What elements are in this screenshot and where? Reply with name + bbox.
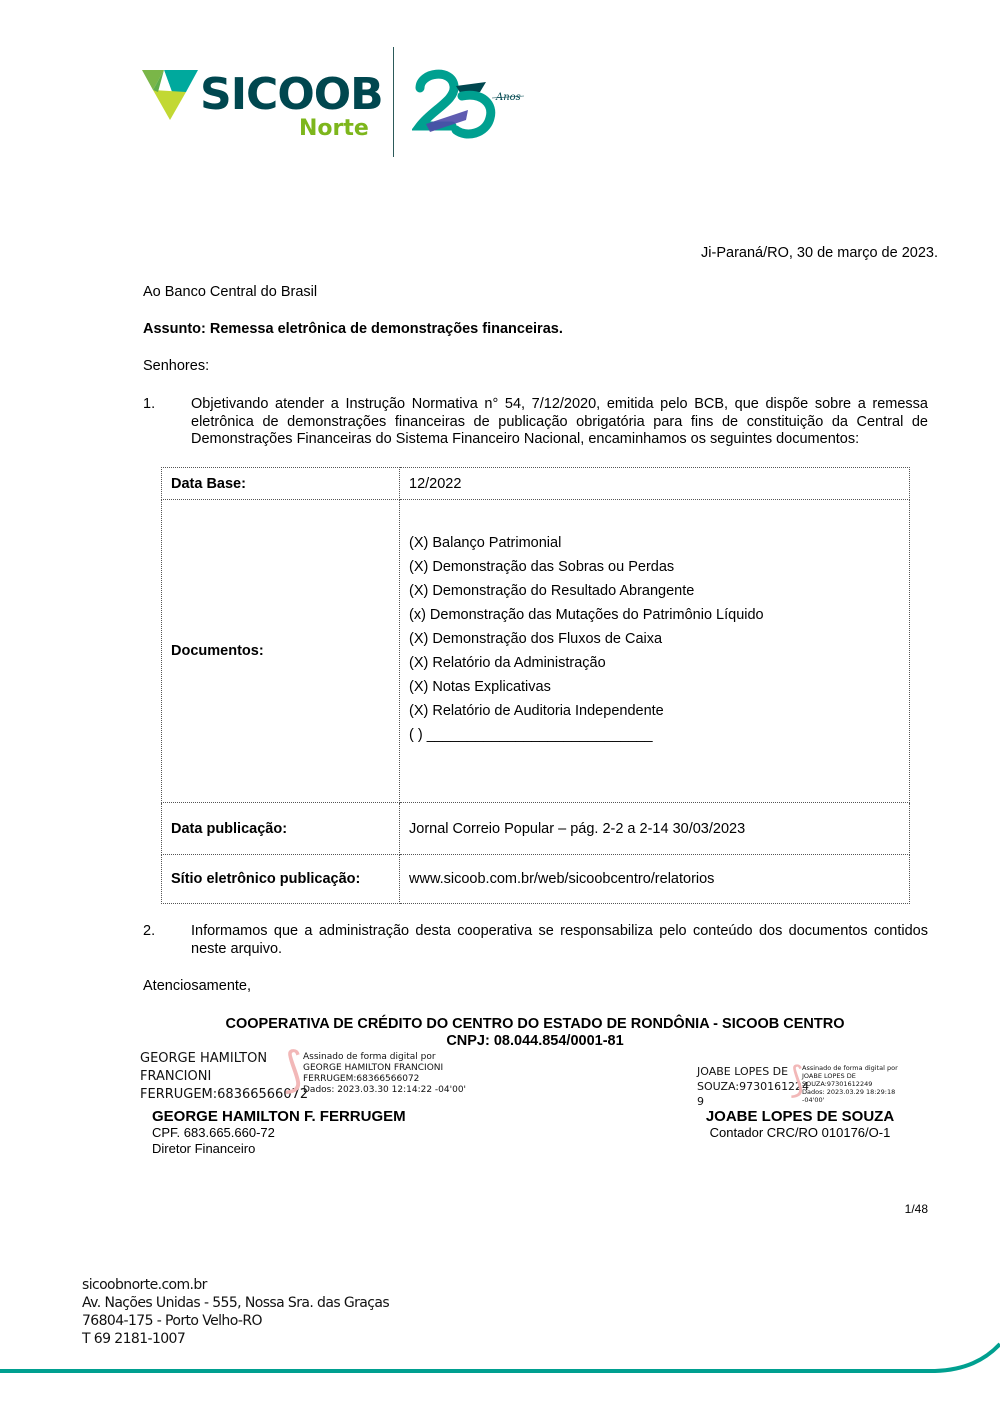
anniversary-25-logo-icon: Anos: [412, 66, 527, 142]
list-item: (X) Balanço Patrimonial: [409, 531, 909, 555]
signer-block: JOABE LOPES DE SOUZA Contador CRC/RO 010…: [690, 1108, 910, 1141]
documents-label: Documentos:: [162, 500, 400, 803]
data-base-value: 12/2022: [400, 468, 910, 500]
signer-role: Diretor Financeiro: [152, 1141, 406, 1157]
footer-website: sicoobnorte.com.br: [82, 1276, 389, 1294]
footer-city: 76804-175 - Porto Velho-RO: [82, 1312, 389, 1330]
footer-decorative-curve: [0, 1330, 1000, 1380]
table-row: Documentos: (X) Balanço Patrimonial (X) …: [162, 500, 910, 803]
page-number: 1/48: [905, 1202, 928, 1216]
list-item: (X) Demonstração dos Fluxos de Caixa: [409, 627, 909, 651]
sicoob-logo-icon: [142, 70, 198, 120]
brand-subtitle: Norte: [299, 116, 369, 141]
documents-list: (X) Balanço Patrimonial (X) Demonstração…: [409, 531, 909, 747]
table-row: Data Base: 12/2022: [162, 468, 910, 500]
item-number: 2.: [143, 923, 155, 939]
closing: Atenciosamente,: [143, 978, 251, 994]
signer-name: GEORGE HAMILTON F. FERRUGEM: [152, 1108, 406, 1125]
pdf-signature-icon: ⟆: [284, 1046, 303, 1096]
list-item: (X) Relatório de Auditoria Independente: [409, 699, 909, 723]
list-item: (x) Demonstração das Mutações do Patrimô…: [409, 603, 909, 627]
digital-signature-stamp: Assinado de forma digital por GEORGE HAM…: [303, 1052, 466, 1096]
list-item: ( ) ____________________________: [409, 723, 909, 747]
item-number: 1.: [143, 396, 155, 412]
signer-role: Contador CRC/RO 010176/O-1: [690, 1125, 910, 1141]
signer-cpf: CPF. 683.665.660-72: [152, 1125, 406, 1141]
website-label: Sítio eletrônico publicação:: [162, 855, 400, 904]
signer-block: GEORGE HAMILTON F. FERRUGEM CPF. 683.665…: [152, 1108, 406, 1157]
institution-name: COOPERATIVA DE CRÉDITO DO CENTRO DO ESTA…: [70, 1016, 1000, 1033]
institution-cnpj: CNPJ: 08.044.854/0001-81: [70, 1033, 1000, 1050]
paragraph-2: Informamos que a administração desta coo…: [191, 923, 928, 958]
list-item: (X) Relatório da Administração: [409, 651, 909, 675]
signer-name: JOABE LOPES DE SOUZA: [690, 1108, 910, 1125]
publication-date-value: Jornal Correio Popular – pág. 2-2 a 2-14…: [400, 803, 910, 855]
digital-signature-stamp: Assinado de forma digital por JOABE LOPE…: [802, 1064, 898, 1104]
table-row: Sítio eletrônico publicação: www.sicoob.…: [162, 855, 910, 904]
list-item: (X) Demonstração das Sobras ou Perdas: [409, 555, 909, 579]
greeting: Senhores:: [143, 358, 209, 374]
documents-table: Data Base: 12/2022 Documentos: (X) Balan…: [161, 467, 910, 904]
institution-block: COOPERATIVA DE CRÉDITO DO CENTRO DO ESTA…: [0, 1016, 1000, 1050]
footer-street: Av. Nações Unidas - 555, Nossa Sra. das …: [82, 1294, 389, 1312]
brand-name: SICOOB: [200, 70, 383, 120]
recipient: Ao Banco Central do Brasil: [143, 284, 317, 300]
list-item: (X) Notas Explicativas: [409, 675, 909, 699]
table-row: Data publicação: Jornal Correio Popular …: [162, 803, 910, 855]
digital-signature-name: GEORGE HAMILTON FRANCIONI FERRUGEM:68366…: [140, 1050, 308, 1104]
data-base-label: Data Base:: [162, 468, 400, 500]
place-date: Ji-Paraná/RO, 30 de março de 2023.: [701, 245, 938, 261]
logo-divider: [393, 47, 394, 157]
subject-line: Assunto: Remessa eletrônica de demonstra…: [143, 321, 563, 337]
list-item: (X) Demonstração do Resultado Abrangente: [409, 579, 909, 603]
website-value: www.sicoob.com.br/web/sicoobcentro/relat…: [400, 855, 910, 904]
publication-date-label: Data publicação:: [162, 803, 400, 855]
paragraph-1: Objetivando atender a Instrução Normativ…: [191, 396, 928, 449]
